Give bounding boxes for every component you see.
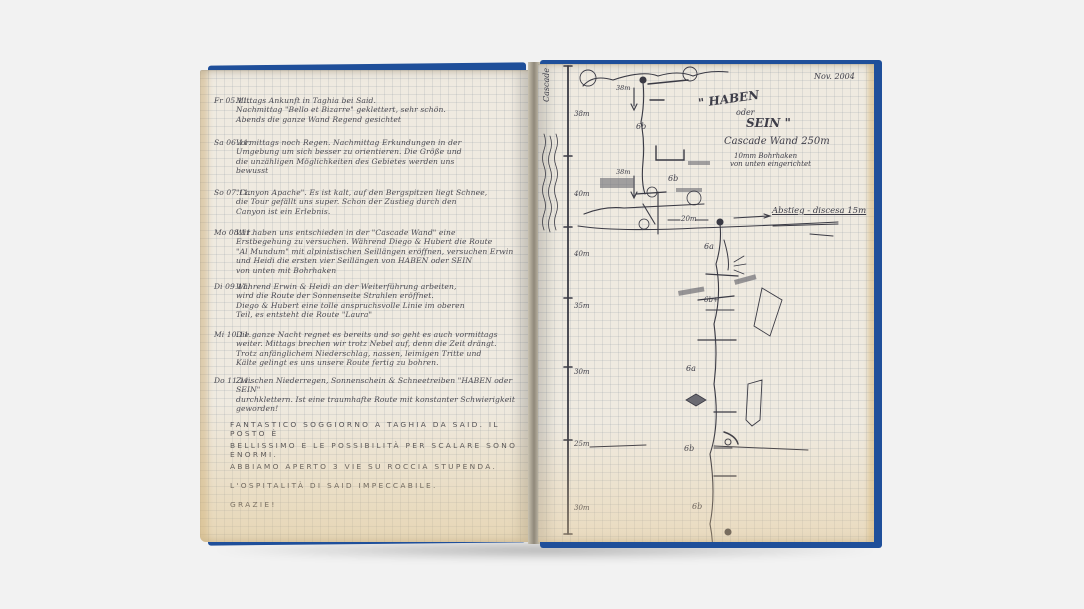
pitch-length: 40m xyxy=(574,190,590,198)
entry-line: Erstbegehung zu versuchen. Während Diego… xyxy=(236,237,526,246)
italian-note-line: ABBIAMO APERTO 3 VIE SU ROCCIA STUPENDA. xyxy=(230,462,497,471)
notebook-photo: Fr 05.11. Mittags Ankunft in Taghia bei … xyxy=(0,0,1084,609)
pitch-length: 30m xyxy=(574,368,590,376)
italian-note-line: GRAZIE! xyxy=(230,500,277,509)
log-entry: So 07.11. "Canyon Apache". Es ist kalt, … xyxy=(214,188,526,216)
log-entry: Fr 05.11. Mittags Ankunft in Taghia bei … xyxy=(214,96,526,124)
entry-line: Diego & Hubert eine tolle anspruchsvolle… xyxy=(236,301,526,310)
pitch-length: 25m xyxy=(574,440,590,448)
left-page: Fr 05.11. Mittags Ankunft in Taghia bei … xyxy=(200,70,530,542)
pitch-length: 30m xyxy=(574,504,590,512)
inline-length: 38m xyxy=(616,168,630,176)
pitch-grade: 6b xyxy=(668,174,678,183)
wall-name: Cascade Wand 250m xyxy=(724,136,830,147)
descent-label: Abstieg - discesa 15m xyxy=(772,206,866,216)
entry-line: durchklettern. Ist eine traumhafte Route… xyxy=(236,395,526,404)
entry-line: "Canyon Apache". Es ist kalt, auf den Be… xyxy=(236,188,526,197)
topo-date: Nov. 2004 xyxy=(814,72,855,81)
pitch-grade: 6b xyxy=(692,502,702,511)
entry-line: Während Erwin & Heidi an der Weiterführu… xyxy=(236,282,526,291)
entry-day: Do 11.11. xyxy=(214,376,252,385)
pitch-grade: 6b+ xyxy=(704,296,719,304)
pitch-grade: 6b xyxy=(684,444,694,453)
pitch-length: 38m xyxy=(574,110,590,118)
entry-line: Canyon ist ein Erlebnis. xyxy=(236,207,526,216)
entry-line: und Heidi die ersten vier Seillängen von… xyxy=(236,256,526,265)
right-page: Nov. 2004 " HABEN oder SEIN " Cascade Wa… xyxy=(538,64,874,542)
italian-note-line: BELLISSIMO E LE POSSIBILITÀ PER SCALARE … xyxy=(230,441,530,459)
log-entry: Mo 08.11. Wir haben uns entschieden in d… xyxy=(214,228,526,275)
entry-line: bewusst xyxy=(236,166,526,175)
entry-day: So 07.11. xyxy=(214,188,251,197)
entry-line: Nachmittag "Bello et Bizarre" geklettert… xyxy=(236,105,526,114)
italian-note-line: L'OSPITALITÀ DI SAID IMPECCABILE. xyxy=(230,481,438,490)
entry-day: Di 09.11. xyxy=(214,282,250,291)
traverse-length: 20m xyxy=(681,215,697,223)
entry-line: geworden! xyxy=(236,404,526,413)
pitch-length: 40m xyxy=(574,250,590,258)
pitch-grade: 6b xyxy=(636,122,646,131)
entry-line: von unten mit Bohrhaken xyxy=(236,266,526,275)
route-name-part3: SEIN " xyxy=(746,116,791,130)
entry-line: Zwischen Niederregen, Sonnenschein & Sch… xyxy=(236,376,526,395)
entry-day: Mi 10.11. xyxy=(214,330,251,339)
entry-line: die Tour gefällt uns super. Schon der Zu… xyxy=(236,197,526,206)
bolt-note-2: von unten eingerichtet xyxy=(730,160,811,168)
cascade-side-label: Cascade xyxy=(542,68,551,102)
entry-line: Trotz anfänglichem Niederschlag, nassen,… xyxy=(236,349,526,358)
entry-day: Fr 05.11. xyxy=(214,96,250,105)
entry-line: die unzähligen Möglichkeiten des Gebiete… xyxy=(236,157,526,166)
entry-line: Vormittags noch Regen. Nachmittag Erkund… xyxy=(236,138,526,147)
log-entry: Mi 10.11. Die ganze Nacht regnet es bere… xyxy=(214,330,526,368)
entry-line: wird die Route der Sonnenseite Strahlen … xyxy=(236,291,526,300)
inline-length: 38m xyxy=(616,84,630,92)
pitch-grade: 6a xyxy=(704,242,714,251)
log-entry: Di 09.11. Während Erwin & Heidi an der W… xyxy=(214,282,526,320)
bolt-note: 10mm Bohrhaken xyxy=(734,152,797,160)
entry-line: Teil, es entsteht die Route "Laura" xyxy=(236,310,526,319)
entry-day: Mo 08.11. xyxy=(214,228,253,237)
log-entry: Do 11.11. Zwischen Niederregen, Sonnensc… xyxy=(214,376,526,414)
entry-line: Umgebung um sich besser zu orientieren. … xyxy=(236,147,526,156)
entry-line: weiter. Mittags brechen wir trotz Nebel … xyxy=(236,339,526,348)
entry-line: Abends die ganze Wand Regend gesichtet xyxy=(236,115,526,124)
entry-line: Wir haben uns entschieden in der "Cascad… xyxy=(236,228,526,237)
pitch-length: 35m xyxy=(574,302,590,310)
pitch-grade: 6a xyxy=(686,364,696,373)
italian-note-line: FANTASTICO SOGGIORNO A TAGHIA DA SAID. I… xyxy=(230,420,530,438)
entry-line: "Al Mundum" mit alpinistischen Seillänge… xyxy=(236,247,526,256)
entry-line: Die ganze Nacht regnet es bereits und so… xyxy=(236,330,526,339)
entry-line: Kälte gelingt es uns unsere Route fertig… xyxy=(236,358,526,367)
log-entry: Sa 06.11. Vormittags noch Regen. Nachmit… xyxy=(214,138,526,176)
entry-line: Mittags Ankunft in Taghia bei Said. xyxy=(236,96,526,105)
entry-day: Sa 06.11. xyxy=(214,138,251,147)
